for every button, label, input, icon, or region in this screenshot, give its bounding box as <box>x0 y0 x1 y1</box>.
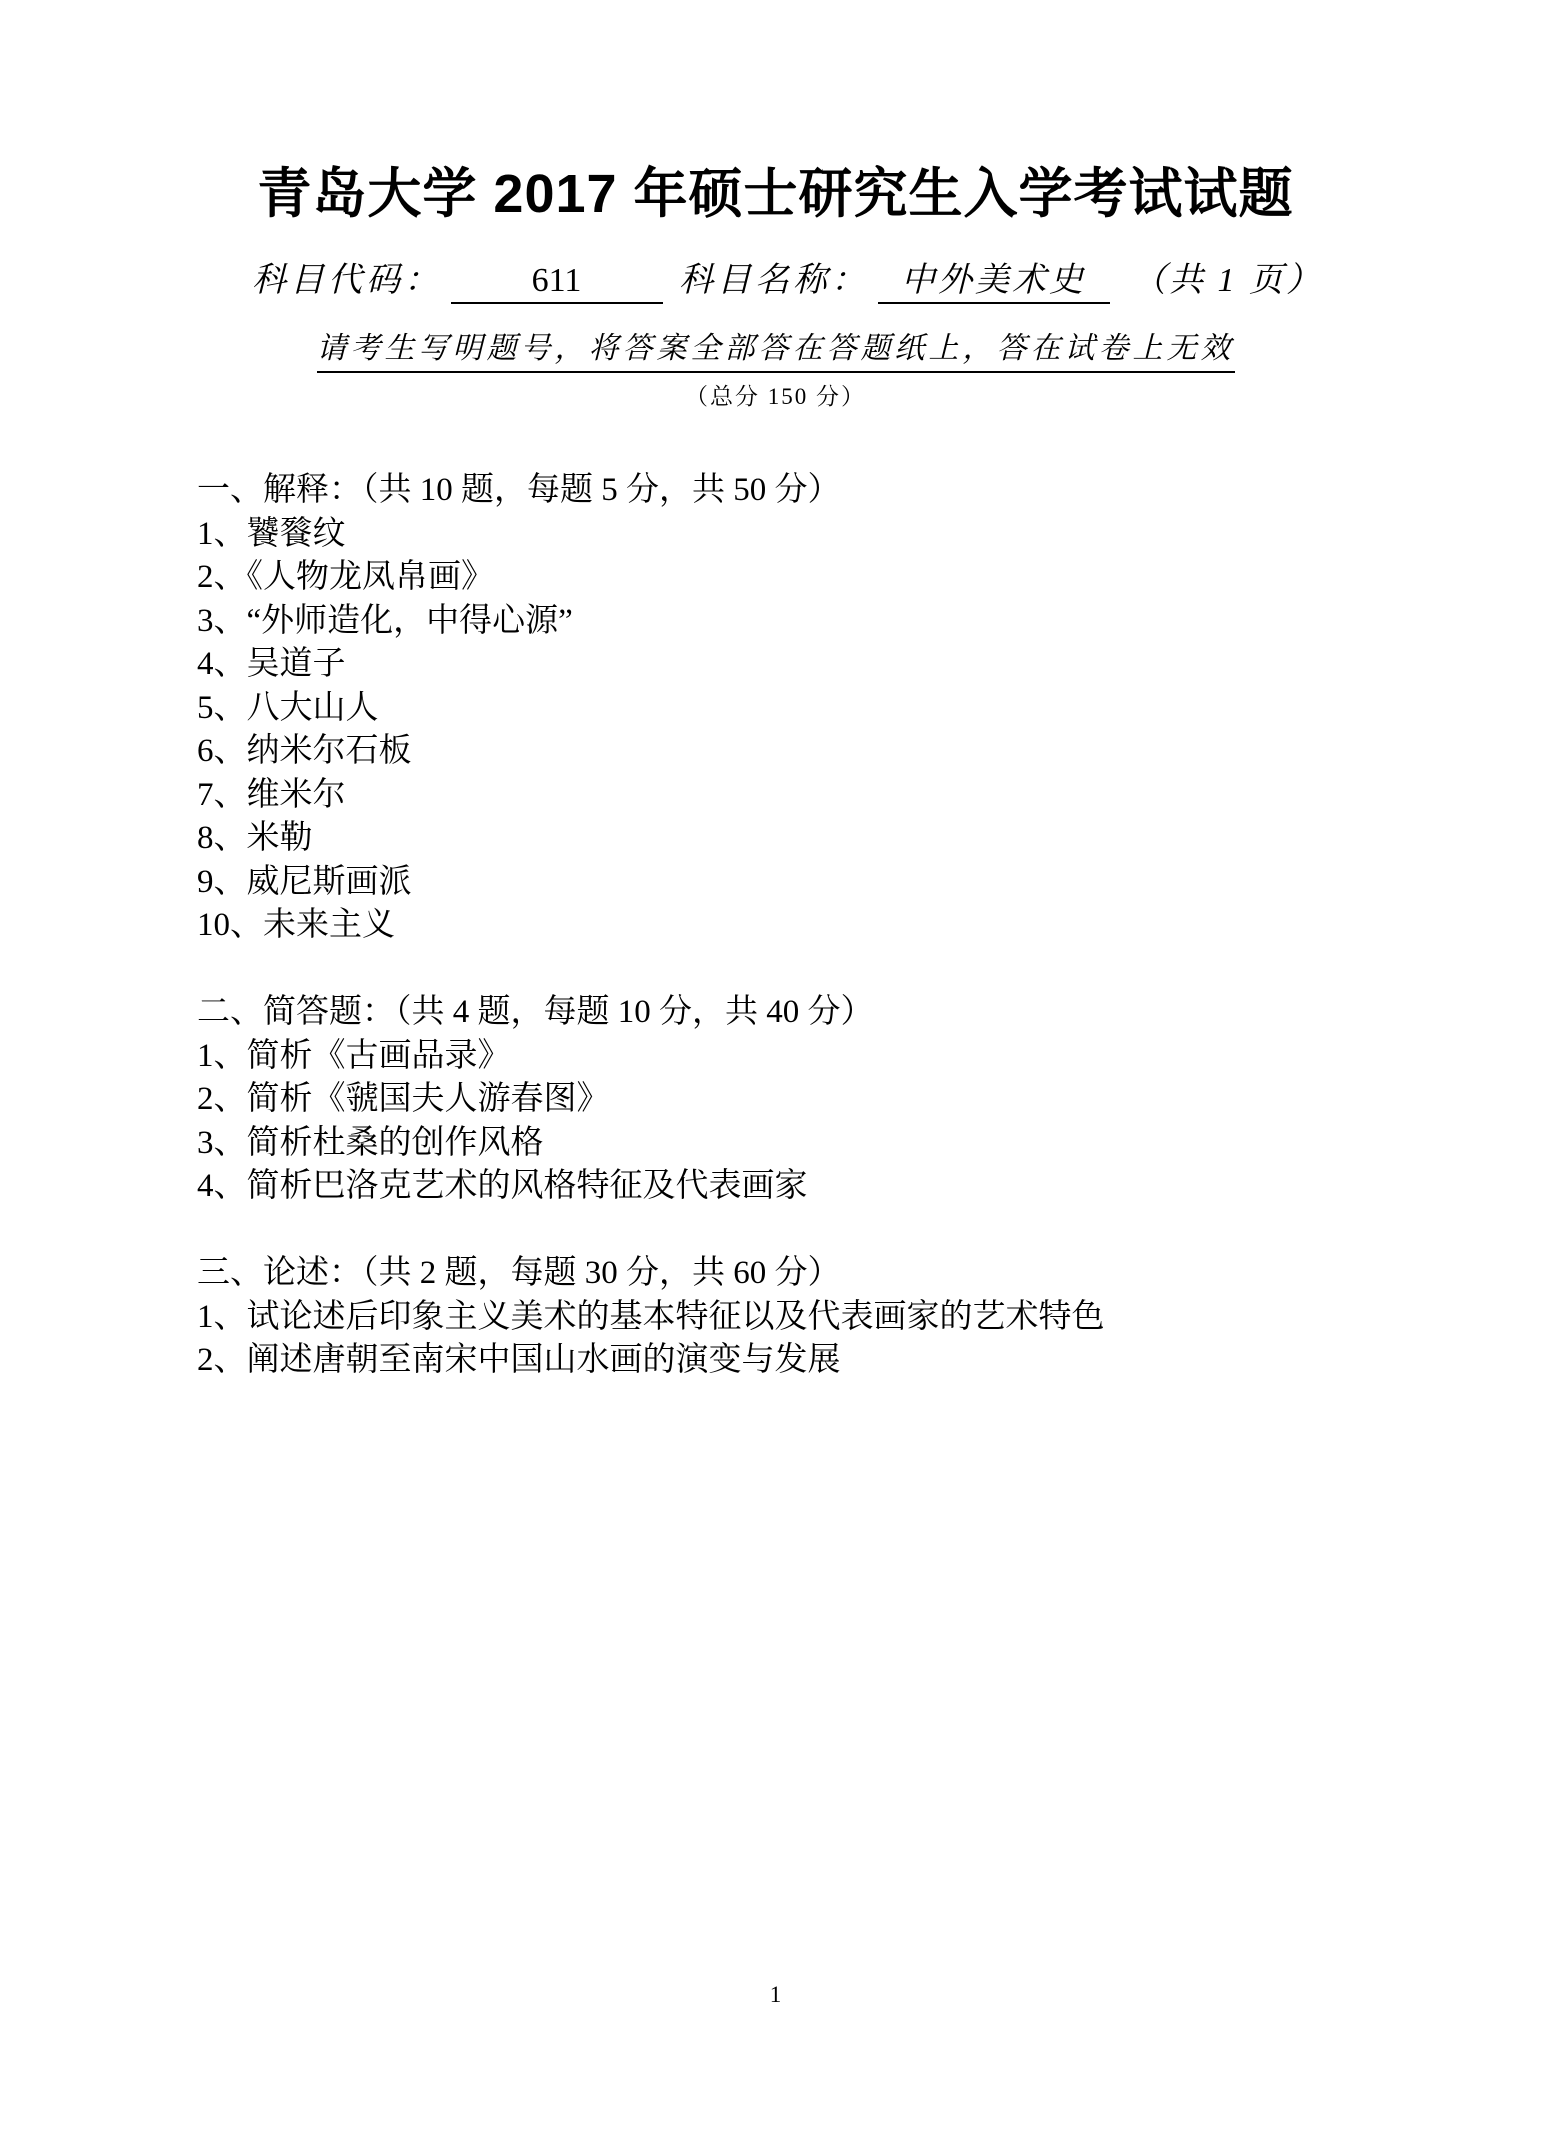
subject-code-value: 611 <box>451 260 663 304</box>
subject-name-value: 中外美术史 <box>878 260 1110 304</box>
section-heading: 二、简答题：（共 4 题，每题 10 分，共 40 分） <box>197 991 1551 1035</box>
question-item: 4、吴道子 <box>197 643 1551 687</box>
total-score: （总分 150 分） <box>0 381 1551 413</box>
question-item: 1、简析《古画品录》 <box>197 1035 1551 1079</box>
page-title: 青岛大学 2017 年硕士研究生入学考试试题 <box>0 0 1551 226</box>
question-item: 7、维米尔 <box>197 774 1551 818</box>
question-item: 10、未来主义 <box>197 904 1551 948</box>
exam-paper-page: 青岛大学 2017 年硕士研究生入学考试试题 科目代码： 611 科目名称： 中… <box>0 0 1551 2151</box>
subject-code-label: 科目代码： <box>252 262 442 299</box>
question-item: 1、试论述后印象主义美术的基本特征以及代表画家的艺术特色 <box>197 1296 1551 1340</box>
section-heading: 三、论述：（共 2 题，每题 30 分，共 60 分） <box>197 1252 1551 1296</box>
question-item: 1、饕餮纹 <box>197 513 1551 557</box>
subject-line: 科目代码： 611 科目名称： 中外美术史 （共 1 页） <box>0 258 1551 304</box>
subject-name-label: 科目名称： <box>679 262 869 299</box>
question-item: 2、阐述唐朝至南宋中国山水画的演变与发展 <box>197 1339 1551 1383</box>
page-count-note: （共 1 页） <box>1132 262 1323 299</box>
section-short-answer: 二、简答题：（共 4 题，每题 10 分，共 40 分） 1、简析《古画品录》 … <box>197 991 1551 1209</box>
section-essay: 三、论述：（共 2 题，每题 30 分，共 60 分） 1、试论述后印象主义美术… <box>197 1252 1551 1383</box>
question-item: 9、威尼斯画派 <box>197 861 1551 905</box>
section-heading: 一、解释：（共 10 题，每题 5 分，共 50 分） <box>197 469 1551 513</box>
page-number: 1 <box>0 1980 1551 2010</box>
notice-row: 请考生写明题号，将答案全部答在答题纸上，答在试卷上无效 <box>0 330 1551 373</box>
question-item: 5、八大山人 <box>197 687 1551 731</box>
question-item: 2、《人物龙凤帛画》 <box>197 556 1551 600</box>
question-item: 8、米勒 <box>197 817 1551 861</box>
question-item: 6、纳米尔石板 <box>197 730 1551 774</box>
question-item: 4、简析巴洛克艺术的风格特征及代表画家 <box>197 1165 1551 1209</box>
section-definitions: 一、解释：（共 10 题，每题 5 分，共 50 分） 1、饕餮纹 2、《人物龙… <box>197 469 1551 948</box>
questions-body: 一、解释：（共 10 题，每题 5 分，共 50 分） 1、饕餮纹 2、《人物龙… <box>0 469 1551 1383</box>
exam-notice: 请考生写明题号，将答案全部答在答题纸上，答在试卷上无效 <box>317 330 1235 373</box>
question-item: 2、简析《虢国夫人游春图》 <box>197 1078 1551 1122</box>
question-item: 3、“外师造化，中得心源” <box>197 600 1551 644</box>
question-item: 3、简析杜桑的创作风格 <box>197 1122 1551 1166</box>
